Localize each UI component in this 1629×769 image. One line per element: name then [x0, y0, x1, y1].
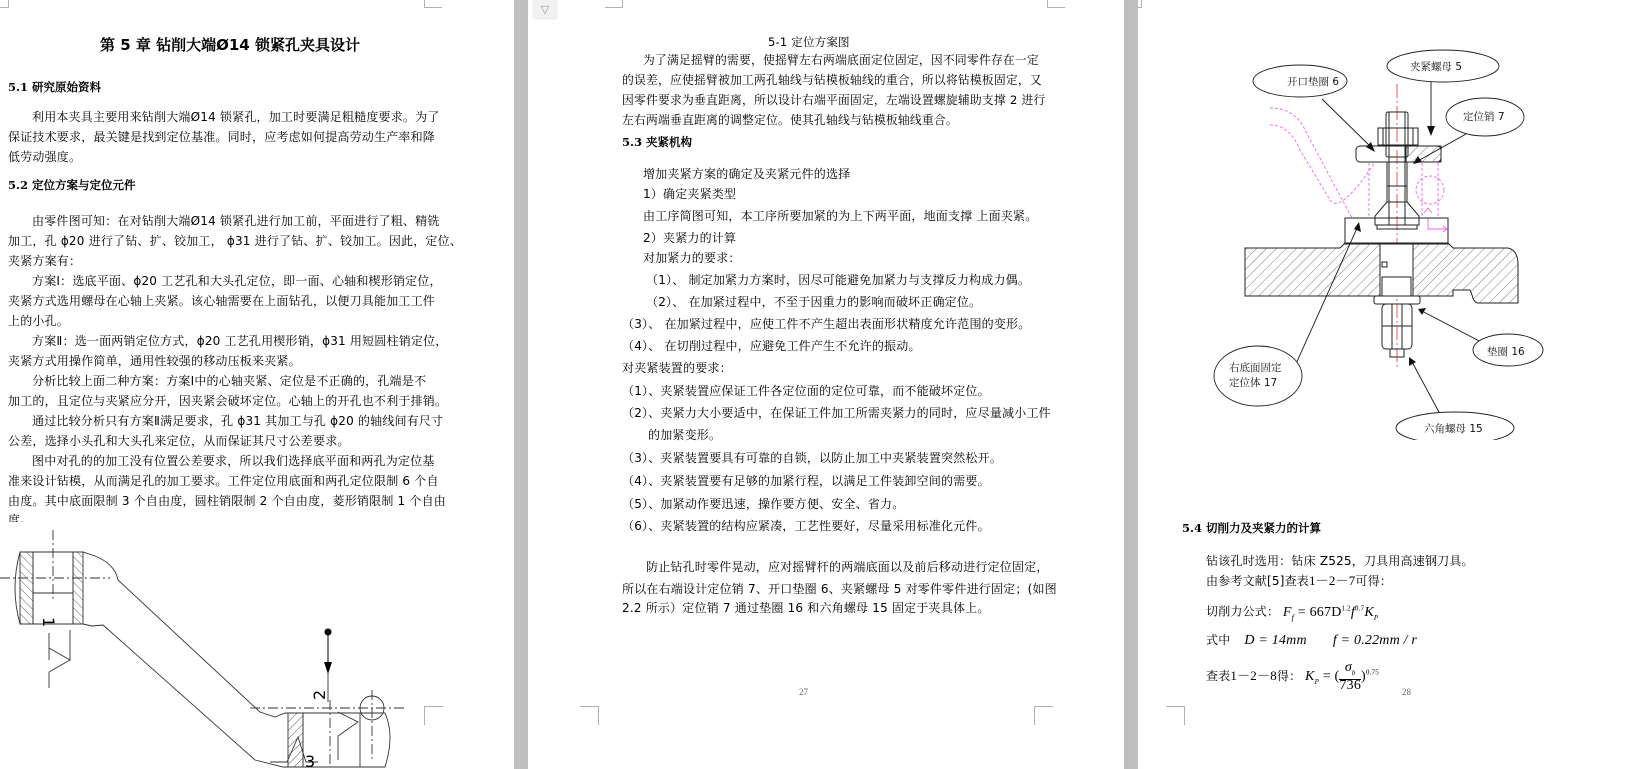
formula-exp2: 0.7 [1355, 604, 1364, 612]
paragraph-line: 方案Ⅰ：选底平面、ϕ20 工艺孔和大头孔定位，即一面、心轴和楔形销定位， [32, 271, 442, 291]
kp-exp: 0.75 [1366, 668, 1379, 676]
collapse-toggle-button[interactable]: ▽ [533, 0, 557, 18]
paragraph-line: 通过比较分析只有方案Ⅱ满足要求，孔 ϕ31 其加工与孔 ϕ20 的轴线间有尺寸 [32, 411, 443, 431]
formula-body: = 667D [1294, 605, 1341, 620]
kp-K: K [1305, 669, 1315, 684]
rocker-arm-locating-diagram: 1 2 3 [0, 520, 514, 769]
paragraph-line: 防止钻孔时零件晃动，应对摇臂杆的两端底面以及前后移动进行定位固定， [646, 557, 1049, 577]
calc-line-parameters: 式中 D = 14mm f = 0.22mm / r [1206, 630, 1417, 651]
paragraph-line: 低劳动强度。 [8, 147, 81, 167]
calc-line-formula: 切削力公式： Ff = 667D1.2f0.7KP [1206, 598, 1378, 627]
clamp-line: 增加夹紧方案的确定及夹紧元件的选择 [643, 164, 850, 184]
kp-suffix: 得： [1277, 669, 1301, 683]
paragraph-line: 因零件要求为垂直距离，所以设计右端平面固定，左端设置螺旋辅助支撑 2 进行 [622, 90, 1046, 110]
kp-denominator: 736 [1339, 680, 1361, 692]
force-requirement: （4）、 在切削过程中，应避免工件产生不允许的振动。 [622, 336, 921, 356]
reference-prefix: 由参考文献[5]查表 [1206, 574, 1309, 588]
kp-numerator: σ [1345, 660, 1352, 675]
paragraph-line: 夹紧方式用操作简单，通用性较强的移动压板来夹紧。 [8, 351, 301, 371]
paragraph-line: 保证技术要求，最关键是找到定位基准。同时，应考虑如何提高劳动生产率和降 [8, 127, 435, 147]
paragraph-line: 图中对孔的的加工没有位置公差要求，所以我们选择底平面和两孔为定位基 [32, 451, 435, 471]
force-requirement: （1）、 制定加紧力方案时，因尽可能避免加紧力与支撑反力构成力偶。 [646, 270, 1030, 290]
section-heading-5-2: 5.2 定位方案与定位元件 [8, 177, 136, 193]
device-requirement: 的加紧变形。 [648, 425, 721, 445]
clamp-line: 对加紧力的要求： [643, 248, 741, 268]
table-ref: 1－2－7 [1309, 573, 1356, 588]
paragraph-line: 上的小孔。 [8, 311, 69, 331]
crop-mark-top-left [605, 0, 623, 8]
section-heading-5-3: 5.3 夹紧机构 [622, 134, 692, 150]
paragraph-line: 利用本夹具主要用来钻削大端Ø14 锁紧孔，加工时要满足粗糙度要求。为了 [32, 107, 440, 127]
paragraph-line: 由零件图可知：在对钻削大端Ø14 锁紧孔进行加工前，平面进行了粗、精铣 [32, 211, 440, 231]
paragraph-line: 夹紧方式选用螺母在心轴上夹紧。该心轴需要在上面钻孔，以便刀具能加工工件 [8, 291, 435, 311]
force-requirement: （3）、 在加紧过程中，应使工件不产生超出表面形状精度允许范围的变形。 [622, 314, 1030, 334]
paragraph-line: 公差，选择小头孔和大头孔来定位，从而保证其尺寸公差要求。 [8, 431, 350, 451]
callout-washer-16: 垫圈 16 [1487, 345, 1525, 358]
paragraph-line: 方案Ⅱ：选一面两销定位方式，ϕ20 工艺孔用楔形销，ϕ31 用短圆柱销定位， [32, 331, 448, 351]
callout-hex-nut-15: 六角螺母 15 [1424, 422, 1483, 435]
param-f: f = 0.22mm / r [1333, 633, 1417, 648]
device-requirements-title: 对夹紧装置的要求： [622, 358, 732, 378]
page-27: 5-1 定位方案图 为了满足摇臂的需要，使摇臂左右两端底面定位固定，因不同零件存… [528, 0, 1124, 769]
figure-label-1: 1 [39, 617, 58, 627]
paragraph-line: 2.2 所示）定位销 7 通过垫圈 16 和六角螺母 15 固定于夹具体上。 [622, 598, 990, 618]
formula-exp1: 1.2 [1342, 604, 1351, 612]
calc-line-machine: 钻该孔时选用：钻床 Z525，刀具用高速钢刀具。 [1206, 551, 1474, 571]
kp-numerator-sub: b [1352, 669, 1356, 677]
figure-label-3: 3 [305, 752, 315, 769]
section-heading-5-1: 5.1 研究原始资料 [8, 79, 101, 95]
chapter-title: 第 5 章 钻削大端Ø14 锁紧孔夹具设计 [100, 34, 360, 55]
paragraph-line: 左右两端垂直距离的调整定位。使其孔轴线与钻模板轴线重合。 [622, 110, 958, 130]
page-gap [514, 0, 528, 769]
callout-open-washer-6: 开口垫圈 6 [1287, 75, 1339, 88]
page-gap [1124, 0, 1138, 769]
device-requirement: （4）、夹紧装置要有足够的加紧行程，以满足工件装卸空间的需要。 [622, 471, 990, 491]
kp-eq: = ( [1319, 669, 1339, 684]
clamping-fixture-drawing: 开口垫圈 6 夹紧螺母 5 定位销 7 垫圈 16 右底面固定 定位体 17 六… [1138, 40, 1629, 440]
kp-table: 1－2－8 [1230, 668, 1277, 683]
paragraph-line: 为了满足摇臂的需要，使摇臂左右两端底面定位固定，因不同零件存在一定 [643, 50, 1039, 70]
device-requirement: （1）、夹紧装置应保证工件各定位面的定位可靠，而不能破坏定位。 [622, 381, 990, 401]
callout-locating-pin-7: 定位销 7 [1463, 110, 1505, 123]
force-requirement: （2）、 在加紧过程中，不至于因重力的影响而破坏正确定位。 [646, 292, 981, 312]
device-requirement: （2）、夹紧力大小要适中，在保证工件加工所需夹紧力的同时，应尽量减小工件 [622, 403, 1051, 423]
chevron-down-icon: ▽ [541, 3, 549, 16]
figure-label-2: 2 [310, 690, 329, 700]
callout-body-17-line1: 右底面固定 [1229, 361, 1282, 374]
crop-mark-top-left [1138, 0, 1142, 8]
paragraph-line: 分析比较上面二种方案：方案Ⅰ中的心轴夹紧、定位是不正确的，孔端是不 [32, 371, 426, 391]
callout-clamp-nut-5: 夹紧螺母 5 [1410, 60, 1462, 73]
device-requirement: （5）、加紧动作要迅速，操作要方便、安全、省力。 [622, 494, 904, 514]
section-heading-5-4: 5.4 切削力及夹紧力的计算 [1182, 520, 1321, 536]
paragraph-line: 夹紧方案有： [8, 251, 81, 271]
param-D: D = 14mm [1244, 633, 1306, 648]
formula-F: F [1283, 605, 1292, 620]
crop-mark-top-left [0, 0, 9, 8]
calc-line-kp: 查表1－2－8得： KP = ( σb 736 )0.75 [1206, 662, 1379, 692]
page-number: 28 [1402, 687, 1411, 697]
callout-body-17-line2: 定位体 17 [1229, 376, 1277, 389]
crop-mark-bottom-left [580, 706, 599, 725]
clamp-line: 1）确定夹紧类型 [643, 184, 736, 204]
paragraph-line: 准来设计钻模，从而满足孔的加工要求。工件定位用底面和两孔定位限制 6 个自 [8, 471, 439, 491]
formula-label: 切削力公式： [1206, 605, 1279, 619]
clamp-line: 由工序简图可知，本工序所要加紧的为上下两平面，地面支撑 上面夹紧。 [643, 206, 1037, 226]
figure-caption: 5-1 定位方案图 [768, 32, 850, 52]
crop-mark-top-right [1047, 0, 1065, 8]
reference-suffix: 可得： [1356, 574, 1393, 588]
params-label: 式中 [1206, 633, 1230, 647]
page-26: 第 5 章 钻削大端Ø14 锁紧孔夹具设计 5.1 研究原始资料 利用本夹具主要… [0, 0, 514, 769]
crop-mark-top-right [424, 0, 442, 8]
paragraph-line: 所以在右端设计定位销 7、开口垫圈 6、夹紧螺母 5 对零件零件进行固定；(如图 [622, 579, 1057, 599]
formula-K: K [1364, 605, 1374, 620]
kp-prefix: 查表 [1206, 669, 1230, 683]
calc-line-reference: 由参考文献[5]查表1－2－7可得： [1206, 571, 1392, 591]
paragraph-line: 由度。其中底面限制 3 个自由度，圆柱销限制 2 个自由度，菱形销限制 1 个自… [8, 491, 446, 511]
paragraph-line: 加工，孔 ϕ20 进行了钻、扩、铰加工， ϕ31 进行了钻、扩、铰加工。因此，定… [8, 231, 462, 251]
crop-mark-bottom-right [1034, 706, 1053, 725]
paragraph-line: 的误差，应使摇臂被加工两孔轴线与钻模板轴线的重合，所以将钻模板固定，又 [622, 70, 1042, 90]
page-number: 27 [799, 687, 808, 697]
device-requirement: （6）、夹紧装置的结构应紧凑，工艺性要好，尽量采用标准化元件。 [622, 516, 990, 536]
page-28: 开口垫圈 6 夹紧螺母 5 定位销 7 垫圈 16 右底面固定 定位体 17 六… [1138, 0, 1629, 769]
crop-mark-bottom-right [424, 706, 443, 725]
clamp-line: 2）夹紧力的计算 [643, 228, 736, 248]
formula-K-sub: P [1374, 613, 1378, 621]
paragraph-line: 加工的，且定位与夹紧应分开，因夹紧会破坏定位。心轴上的开孔也不利于排销。 [8, 391, 447, 411]
crop-mark-bottom-left [1166, 706, 1185, 725]
device-requirement: （3）、夹紧装置要具有可靠的自锁，以防止加工中夹紧装置突然松开。 [622, 448, 1002, 468]
